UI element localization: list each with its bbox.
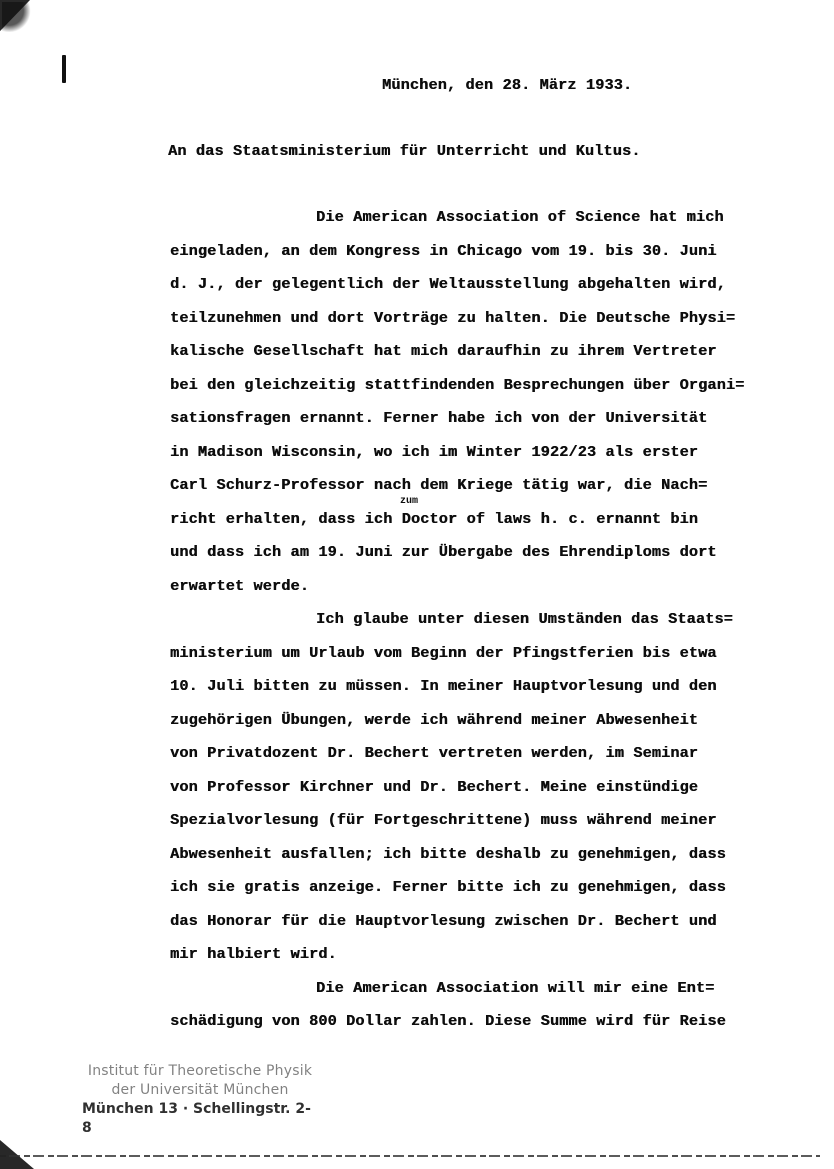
letter-line: zugehörigen Übungen, werde ich während m… xyxy=(170,710,820,744)
letter-line: kalische Gesellschaft hat mich daraufhin… xyxy=(170,341,820,375)
letter-line: richt erhalten, dass ich Doctor of laws … xyxy=(170,509,820,543)
letter-line: ministerium um Urlaub vom Beginn der Pfi… xyxy=(170,643,820,677)
scanned-letter-page: München, den 28. März 1933. An das Staat… xyxy=(0,0,834,1169)
letter-line: schädigung von 800 Dollar zahlen. Diese … xyxy=(170,1011,820,1045)
letter-addressee: An das Staatsministerium für Unterricht … xyxy=(168,142,640,160)
letter-line: d. J., der gelegentlich der Weltausstell… xyxy=(170,274,820,308)
letter-body: Die American Association of Science hat … xyxy=(170,207,820,1045)
letter-line: das Honorar für die Hauptvorlesung zwisc… xyxy=(170,911,820,945)
stamp-line-institute: Institut für Theoretische Physik xyxy=(80,1062,320,1081)
letter-line: Ich glaube unter diesen Umständen das St… xyxy=(170,609,820,643)
letter-line: Die American Association will mir eine E… xyxy=(170,978,820,1012)
interlinear-insertion: zum xyxy=(400,496,418,507)
margin-mark xyxy=(62,55,66,83)
letter-line: erwartet werde. xyxy=(170,576,820,610)
letter-line: ich sie gratis anzeige. Ferner bitte ich… xyxy=(170,877,820,911)
scan-bottom-edge xyxy=(0,1155,820,1157)
letter-line: Abwesenheit ausfallen; ich bitte deshalb… xyxy=(170,844,820,878)
letter-line: bei den gleichzeitig stattfindenden Besp… xyxy=(170,375,820,409)
letter-line: teilzunehmen und dort Vorträge zu halten… xyxy=(170,308,820,342)
letter-line: sationsfragen ernannt. Ferner habe ich v… xyxy=(170,408,820,442)
letter-line: und dass ich am 19. Juni zur Übergabe de… xyxy=(170,542,820,576)
stamp-line-address: München 13 · Schellingstr. 2-8 xyxy=(80,1100,320,1138)
stamp-line-university: der Universität München xyxy=(80,1081,320,1100)
letter-line: 10. Juli bitten zu müssen. In meiner Hau… xyxy=(170,676,820,710)
scan-speckle xyxy=(2,2,38,32)
letter-line: Spezialvorlesung (für Fortgeschrittene) … xyxy=(170,810,820,844)
letter-line: mir halbiert wird. xyxy=(170,944,820,978)
letter-line: von Privatdozent Dr. Bechert vertreten w… xyxy=(170,743,820,777)
letter-dateline: München, den 28. März 1933. xyxy=(382,76,632,94)
letter-line: Die American Association of Science hat … xyxy=(170,207,820,241)
letter-line: in Madison Wisconsin, wo ich im Winter 1… xyxy=(170,442,820,476)
letter-line: eingeladen, an dem Kongress in Chicago v… xyxy=(170,241,820,275)
institute-stamp: Institut für Theoretische Physik der Uni… xyxy=(80,1062,320,1138)
letter-line: Carl Schurz-Professor nach dem Kriege tä… xyxy=(170,475,820,509)
letter-line: von Professor Kirchner und Dr. Bechert. … xyxy=(170,777,820,811)
